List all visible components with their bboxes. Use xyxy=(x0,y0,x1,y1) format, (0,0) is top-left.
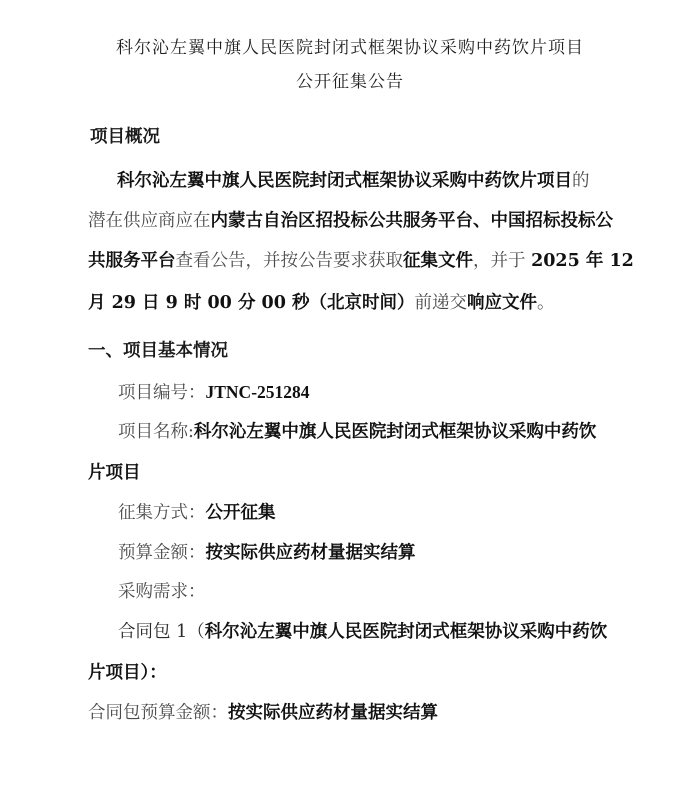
document-subtitle: 公开征集公告 xyxy=(0,67,700,92)
platform-names-cont: 共服务平台 xyxy=(88,251,176,271)
package-budget-row: 合同包预算金额：按实际供应药材量据实结算 xyxy=(88,699,438,724)
document-page: 科尔沁左翼中旗人民医院封闭式框架协议采购中药饮片项目 公开征集公告 项目概况 科… xyxy=(0,0,700,803)
text: 查看公告，并按公告要求获取 xyxy=(176,251,404,271)
overview-paragraph-line-2: 潜在供应商应在内蒙古自治区招投标公共服务平台、中国招标投标公 xyxy=(88,207,613,232)
method-label: 征集方式： xyxy=(118,503,206,523)
project-number-label: 项目编号： xyxy=(118,383,206,403)
text: ，并于 xyxy=(473,251,531,271)
platform-names: 内蒙古自治区招投标公共服务平台、中国招标投标公 xyxy=(211,211,614,231)
overview-paragraph-line-3: 共服务平台查看公告，并按公告要求获取征集文件，并于 2025 年 12 xyxy=(88,247,634,272)
budget-label: 预算金额： xyxy=(118,543,206,563)
project-number-row: 项目编号：JTNC-251284 xyxy=(118,379,310,404)
overview-paragraph-line-4: 月 29 日 9 时 00 分 00 秒（北京时间）前递交响应文件。 xyxy=(88,289,554,314)
package-name: 科尔沁左翼中旗人民医院封闭式框架协议采购中药饮 xyxy=(205,622,608,642)
project-name-value-cont: 片项目 xyxy=(88,459,141,484)
document-title: 科尔沁左翼中旗人民医院封闭式框架协议采购中药饮片项目 xyxy=(0,33,700,58)
text: 前递交 xyxy=(414,293,467,313)
method-row: 征集方式：公开征集 xyxy=(118,499,276,524)
deadline-time: 月 29 日 9 时 00 分 00 秒（北京时间） xyxy=(88,293,414,313)
package-row: 合同包 1（科尔沁左翼中旗人民医院封闭式框架协议采购中药饮 xyxy=(118,618,607,643)
package-budget-value: 按实际供应药材量据实结算 xyxy=(228,703,438,723)
project-name-text: 科尔沁左翼中旗人民医院封闭式框架协议采购中药饮片项目 xyxy=(117,171,572,191)
package-name-cont: 片项目）： xyxy=(88,659,167,684)
deadline-date: 2025 年 12 xyxy=(531,251,634,271)
solicitation-docs: 征集文件 xyxy=(403,251,473,271)
method-value: 公开征集 xyxy=(206,503,276,523)
project-name-row: 项目名称:科尔沁左翼中旗人民医院封闭式框架协议采购中药饮 xyxy=(118,418,596,443)
text: 的 xyxy=(572,171,590,191)
package-prefix: 合同包 1（ xyxy=(118,622,205,642)
text: 。 xyxy=(537,293,555,313)
response-docs: 响应文件 xyxy=(467,293,537,313)
package-budget-label: 合同包预算金额： xyxy=(88,703,228,723)
project-number-value: JTNC-251284 xyxy=(206,382,310,402)
overview-heading: 项目概况 xyxy=(90,123,160,148)
project-name-label: 项目名称: xyxy=(118,422,194,442)
text: 潜在供应商应在 xyxy=(88,211,211,231)
section1-heading: 一、项目基本情况 xyxy=(88,337,228,362)
demand-label: 采购需求： xyxy=(118,578,206,603)
budget-value: 按实际供应药材量据实结算 xyxy=(206,543,416,563)
budget-row: 预算金额：按实际供应药材量据实结算 xyxy=(118,539,416,564)
overview-paragraph-line-1: 科尔沁左翼中旗人民医院封闭式框架协议采购中药饮片项目的 xyxy=(117,167,590,192)
project-name-value: 科尔沁左翼中旗人民医院封闭式框架协议采购中药饮 xyxy=(194,422,597,442)
